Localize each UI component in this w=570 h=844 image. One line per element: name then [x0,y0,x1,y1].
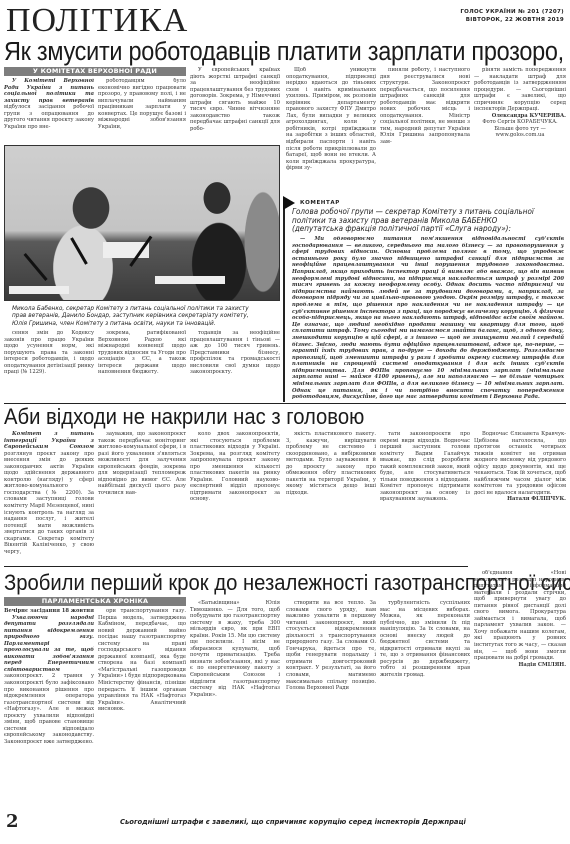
article1-lower-col1: сення змін до Кодексу законів про працю … [4,330,94,400]
article3-col3: «Батьківщина» Юлія Тимошенко. — Для того… [190,600,280,808]
article2-col1: Комітет з питань інтеграції України з Єв… [4,431,94,556]
article2-col6: Водночас Єлизавета Кравчук-Цибізова наго… [474,431,566,556]
article1-headline: Як змусити роботодавців платити зарплати… [4,38,570,66]
article1-col2: роботодавцям було економічно вигідно пра… [98,78,186,142]
photo-caption: Микола Бабенко, секретар Комітету з пита… [12,305,265,327]
article1-lead: У Комітеті Верховної Ради України з пита… [4,78,94,104]
article1-lower-col2: зокрема, ратифікованої Верховною Радою я… [98,330,186,400]
issue-info: ГОЛОС УКРАЇНИ № 201 (7207) ВІВТОРОК, 22 … [460,8,564,24]
page-number: 2 [6,812,19,832]
article1-rubric: У КОМІТЕТАХ ВЕРХОВНОЇ РАДИ [4,67,186,76]
article1-col1: У Комітеті Верховної Ради України з пита… [4,78,94,142]
article3-col2: ори транспортування газу. Перша модель, … [98,608,186,808]
article1-photo-credit: Фото Сергія КОРАБЕЧУКА. [474,119,566,126]
footer-pull-quote: Сьогоднішні штрафи є завеликі, що спричи… [120,818,466,826]
article3-rubric: ПАРЛАМЕНТСЬКА ХРОНІКА [4,597,186,606]
article3-col1: Вечірнє засідання 18 жовтня Ухвалюючи на… [4,608,94,808]
masthead: ПОЛІТИКА ГОЛОС УКРАЇНИ № 201 (7207) ВІВТ… [6,6,564,36]
issue-date: ВІВТОРОК, 22 ЖОВТНЯ 2019 [460,16,564,24]
article1-col5: пиняли роботу, і наступного дня реєструв… [380,67,470,200]
article3-author: Надія СМІЛЯН. [474,662,566,669]
article2-col2: зауважив, що законопроєкт також передбач… [98,431,186,556]
papers [155,276,225,284]
papers [9,286,69,294]
section-title: ПОЛІТИКА [6,6,188,36]
microphone-icon [23,253,47,281]
comment-label: КОМЕНТАР [300,200,340,206]
article2-col5: тати законопроєкти про окремі види відхо… [380,431,470,556]
comment-heading: Голова робочої групи — секретар Комітету… [292,208,550,234]
article3-col5: турбулентність суспільних мас на місцеви… [380,600,470,808]
divider [4,566,468,567]
article2-author: Наталя ФІЛІПЧУК. [474,496,566,503]
microphone-icon [70,237,88,264]
article1-more-photos-link[interactable]: Більше фото тут — www.golos.com.ua [474,126,566,139]
issue-number: ГОЛОС УКРАЇНИ № 201 (7207) [460,8,564,16]
article1-col4: Щоб уникнути оподаткування, підприємці н… [286,67,376,200]
article3-col4: створити на все тепло. За словами свого … [286,600,376,808]
article2-headline: Аби відходи не накрили нас з головою [4,404,364,430]
article2-col4: якість пластикового пакету. З, кажучи, в… [286,431,376,556]
committee-meeting-photo [4,145,280,301]
comment-body: — Ми обговорюємо питання пом'якшення від… [292,236,564,402]
article3-col6: об'єднання «Нові можливості» розподіл на… [474,570,566,808]
article1-col3: У європейських країнах діють жорсткі штр… [190,67,280,143]
article1-lower-col3: тодавців за неофіційне працевлаштування … [190,330,280,400]
article2-col3: коло двох законопроєктів, які стосуються… [190,431,280,556]
article1-col6: ріняти замість попередження — накладати … [474,67,566,200]
